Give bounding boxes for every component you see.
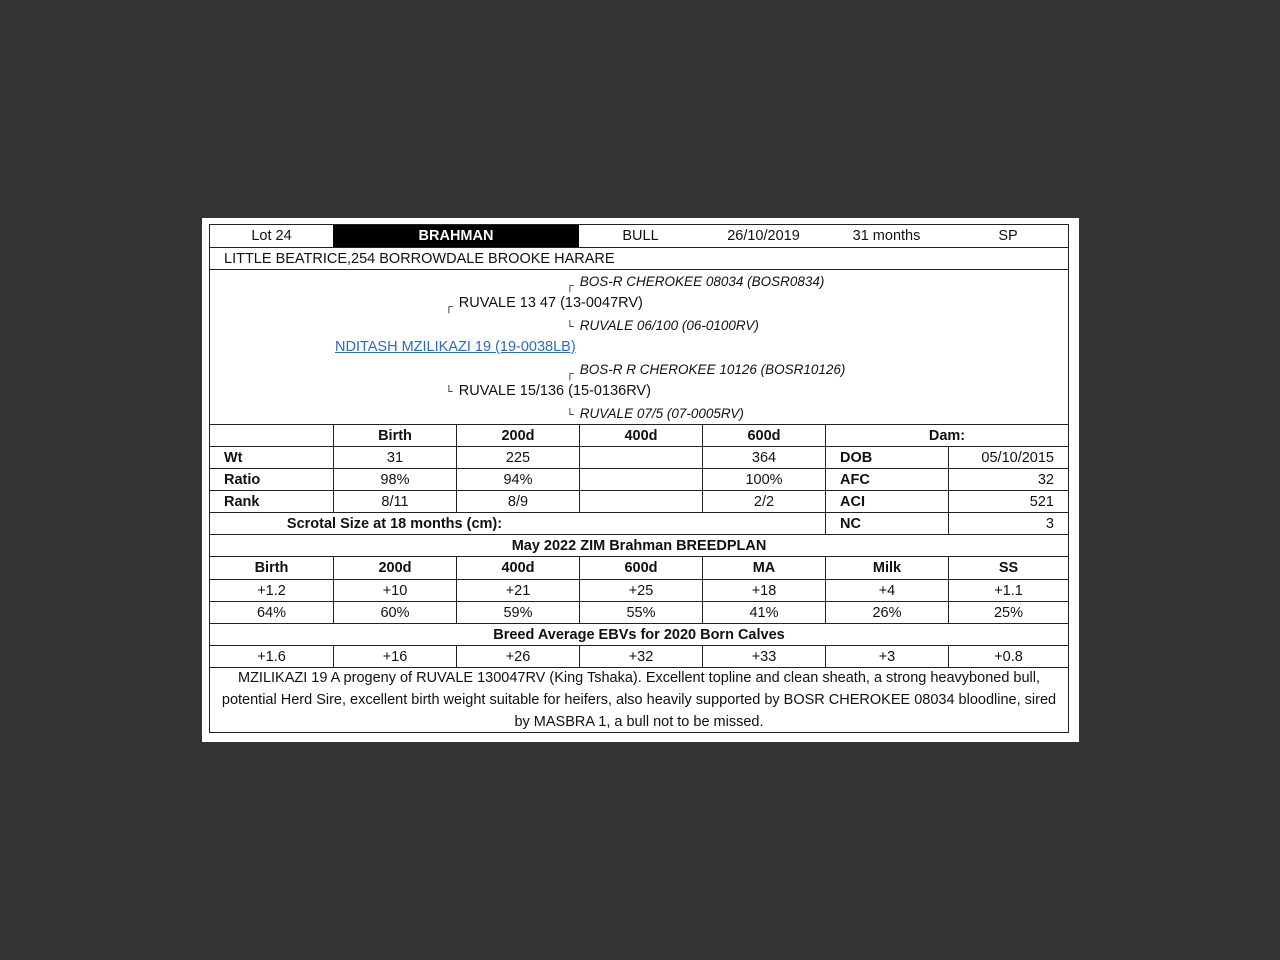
- breed-average-title-row: Breed Average EBVs for 2020 Born Calves: [210, 624, 1068, 646]
- breed-average-value-6: +0.8: [948, 646, 1068, 667]
- row-label: Rank: [210, 491, 333, 512]
- rank-400d: [579, 491, 702, 512]
- connector-bottom-icon: └: [566, 409, 574, 421]
- ebv-accuracy-6: 25%: [948, 602, 1068, 623]
- pedigree-sire-sire: ┌BOS-R CHEROKEE 08034 (BOSR0834): [566, 274, 824, 289]
- weights-col-400d: 400d: [579, 425, 702, 446]
- weights-col-600d: 600d: [702, 425, 825, 446]
- dam-afc-label: AFC: [825, 469, 948, 490]
- breed-label: BRAHMAN: [333, 225, 579, 247]
- lot-number: Lot 24: [210, 225, 333, 247]
- date-of-birth: 26/10/2019: [702, 225, 825, 247]
- dam-nc-value: 3: [948, 513, 1068, 534]
- sire-sire-name: BOS-R CHEROKEE 08034 (BOSR0834): [580, 274, 825, 289]
- ebv-accuracy-row: 64%60%59%55%41%26%25%: [210, 602, 1068, 624]
- ebv-column-header-5: Milk: [825, 557, 948, 579]
- weights-col-200d: 200d: [456, 425, 579, 446]
- ratio-400d: [579, 469, 702, 490]
- breed-average-value-1: +16: [333, 646, 456, 667]
- scrotal-value: [579, 513, 825, 534]
- sire-dam-name: RUVALE 06/100 (06-0100RV): [580, 318, 759, 333]
- row-label: Wt: [210, 447, 333, 468]
- dam-dob-value: 05/10/2015: [948, 447, 1068, 468]
- ebv-value-2: +21: [456, 580, 579, 601]
- wt-birth: 31: [333, 447, 456, 468]
- ebv-column-header-3: 600d: [579, 557, 702, 579]
- pedigree-section: ┌BOS-R CHEROKEE 08034 (BOSR0834) ┌RUVALE…: [210, 270, 1068, 425]
- ebv-column-header-4: MA: [702, 557, 825, 579]
- dam-name: RUVALE 15/136 (15-0136RV): [459, 383, 651, 399]
- breedplan-title-row: May 2022 ZIM Brahman BREEDPLAN: [210, 535, 1068, 557]
- dam-sire-name: BOS-R R CHEROKEE 10126 (BOSR10126): [580, 362, 846, 377]
- breed-average-value-5: +3: [825, 646, 948, 667]
- connector-top-icon: ┌: [566, 368, 574, 380]
- status-label: SP: [948, 225, 1068, 247]
- pedigree-dam-sire: ┌BOS-R R CHEROKEE 10126 (BOSR10126): [566, 362, 845, 377]
- ebv-value-6: +1.1: [948, 580, 1068, 601]
- ebv-column-header-6: SS: [948, 557, 1068, 579]
- ebv-accuracy-0: 64%: [210, 602, 333, 623]
- pedigree-dam: └RUVALE 15/136 (15-0136RV): [445, 383, 651, 399]
- weights-row-wt: Wt 31 225 364 DOB 05/10/2015: [210, 447, 1068, 469]
- row-label: Ratio: [210, 469, 333, 490]
- rank-600d: 2/2: [702, 491, 825, 512]
- dam-nc-label: NC: [825, 513, 948, 534]
- connector-bottom-icon: └: [566, 321, 574, 333]
- ebv-value-5: +4: [825, 580, 948, 601]
- weights-row-rank: Rank 8/11 8/9 2/2 ACI 521: [210, 491, 1068, 513]
- ratio-600d: 100%: [702, 469, 825, 490]
- ratio-birth: 98%: [333, 469, 456, 490]
- dam-afc-value: 32: [948, 469, 1068, 490]
- breed-average-value-4: +33: [702, 646, 825, 667]
- weights-row-ratio: Ratio 98% 94% 100% AFC 32: [210, 469, 1068, 491]
- ebv-column-header-1: 200d: [333, 557, 456, 579]
- header-row: Lot 24 BRAHMAN BULL 26/10/2019 31 months…: [210, 225, 1068, 248]
- breed-average-value-3: +32: [579, 646, 702, 667]
- pedigree-dam-dam: └RUVALE 07/5 (07-0005RV): [566, 406, 744, 421]
- ebv-accuracy-4: 41%: [702, 602, 825, 623]
- rank-birth: 8/11: [333, 491, 456, 512]
- dam-title: Dam:: [825, 425, 1068, 446]
- connector-bottom-icon: └: [445, 386, 453, 398]
- breed-average-values-row: +1.6+16+26+32+33+3+0.8: [210, 646, 1068, 668]
- scrotal-row: Scrotal Size at 18 months (cm): NC 3: [210, 513, 1068, 535]
- breedplan-title: May 2022 ZIM Brahman BREEDPLAN: [210, 535, 1068, 556]
- ebv-values-row: +1.2+10+21+25+18+4+1.1: [210, 580, 1068, 602]
- pedigree-sire-dam: └RUVALE 06/100 (06-0100RV): [566, 318, 759, 333]
- ebv-accuracy-5: 26%: [825, 602, 948, 623]
- breed-average-value-2: +26: [456, 646, 579, 667]
- dam-dam-name: RUVALE 07/5 (07-0005RV): [580, 406, 744, 421]
- dam-aci-value: 521: [948, 491, 1068, 512]
- sex-label: BULL: [579, 225, 702, 247]
- ebv-accuracy-2: 59%: [456, 602, 579, 623]
- rank-200d: 8/9: [456, 491, 579, 512]
- connector-top-icon: ┌: [445, 301, 453, 313]
- age-label: 31 months: [825, 225, 948, 247]
- lot-comment: MZILIKAZI 19 A progeny of RUVALE 130047R…: [210, 667, 1068, 732]
- ebv-header-row: Birth200d400d600dMAMilkSS: [210, 557, 1068, 580]
- weights-header-row: Birth 200d 400d 600d Dam:: [210, 425, 1068, 447]
- ebv-column-header-0: Birth: [210, 557, 333, 579]
- lot-table: Lot 24 BRAHMAN BULL 26/10/2019 31 months…: [209, 224, 1069, 733]
- ebv-value-1: +10: [333, 580, 456, 601]
- weights-col-birth: Birth: [333, 425, 456, 446]
- weights-col-blank: [210, 425, 333, 446]
- wt-400d: [579, 447, 702, 468]
- pedigree-sire: ┌RUVALE 13 47 (13-0047RV): [445, 295, 643, 311]
- ebv-column-header-2: 400d: [456, 557, 579, 579]
- ebv-accuracy-1: 60%: [333, 602, 456, 623]
- ebv-accuracy-3: 55%: [579, 602, 702, 623]
- lot-card: Lot 24 BRAHMAN BULL 26/10/2019 31 months…: [202, 218, 1079, 742]
- breeder-address: LITTLE BEATRICE,254 BORROWDALE BROOKE HA…: [210, 248, 1068, 269]
- wt-200d: 225: [456, 447, 579, 468]
- address-row: LITTLE BEATRICE,254 BORROWDALE BROOKE HA…: [210, 248, 1068, 270]
- wt-600d: 364: [702, 447, 825, 468]
- ratio-200d: 94%: [456, 469, 579, 490]
- connector-top-icon: ┌: [566, 280, 574, 292]
- breed-average-title: Breed Average EBVs for 2020 Born Calves: [210, 624, 1068, 645]
- ebv-value-0: +1.2: [210, 580, 333, 601]
- ebv-value-3: +25: [579, 580, 702, 601]
- breed-average-value-0: +1.6: [210, 646, 333, 667]
- dam-aci-label: ACI: [825, 491, 948, 512]
- animal-name-link[interactable]: NDITASH MZILIKAZI 19 (19-0038LB): [335, 339, 576, 355]
- dam-dob-label: DOB: [825, 447, 948, 468]
- scrotal-label: Scrotal Size at 18 months (cm):: [210, 513, 579, 534]
- sire-name: RUVALE 13 47 (13-0047RV): [459, 295, 643, 311]
- ebv-value-4: +18: [702, 580, 825, 601]
